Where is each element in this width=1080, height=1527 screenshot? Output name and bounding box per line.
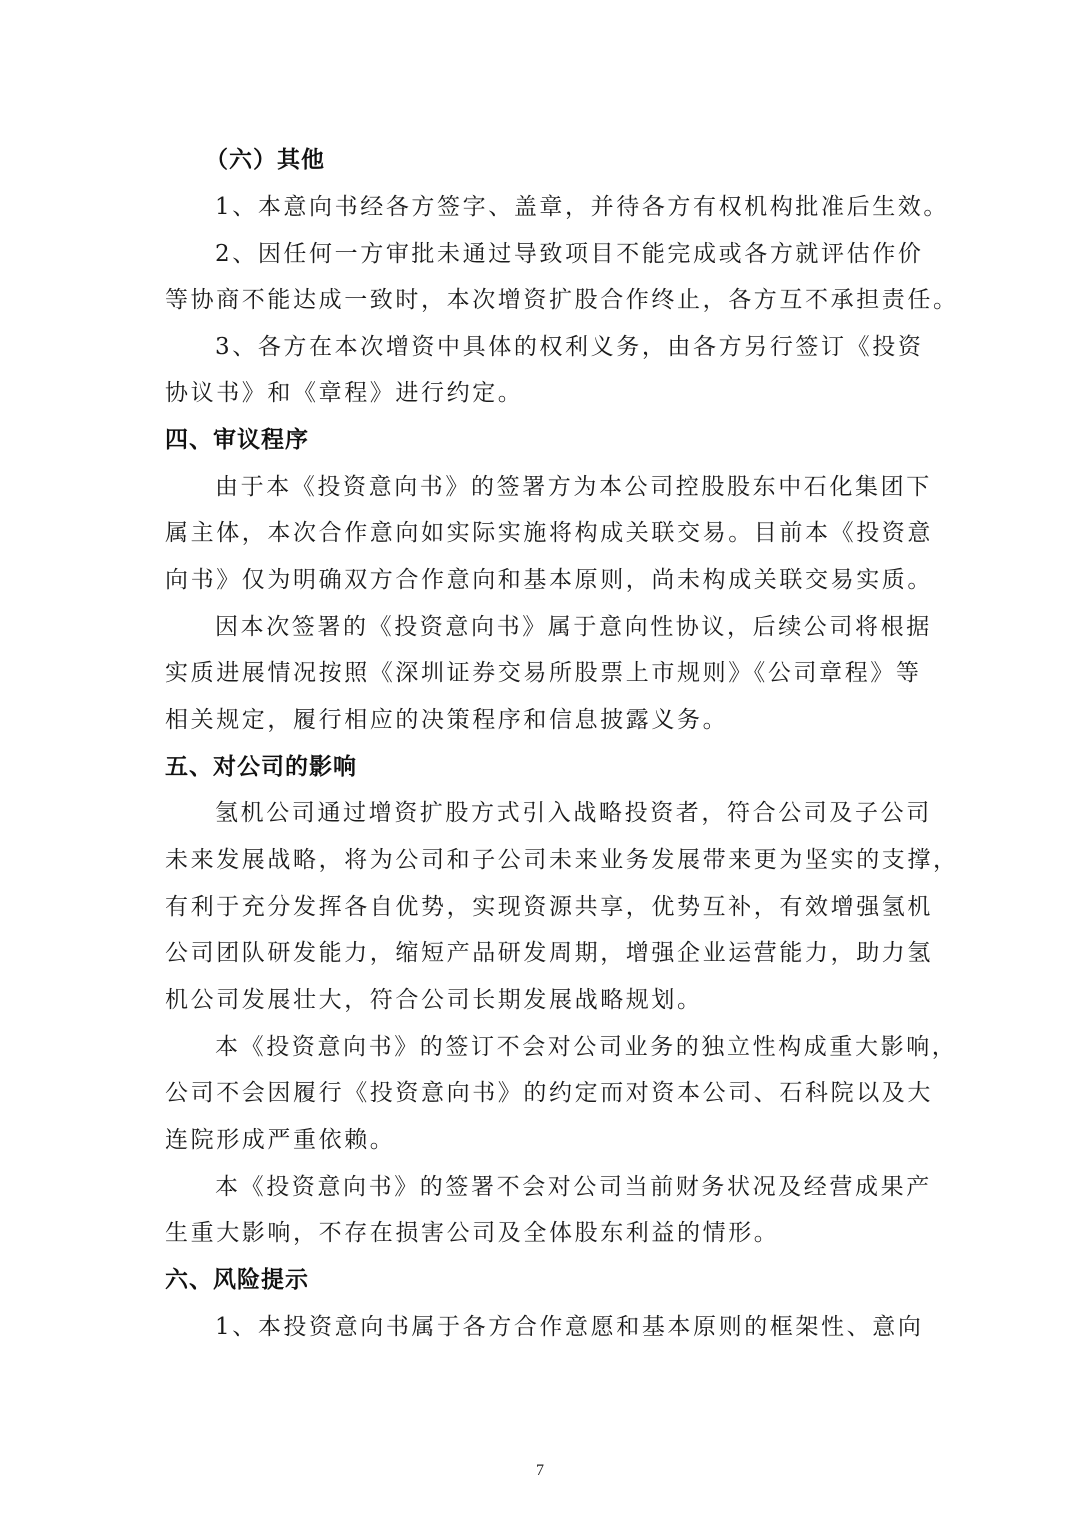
- paragraph-line: 等协商不能达成一致时，本次增资扩股合作终止，各方互不承担责任。: [165, 285, 925, 315]
- paragraph-line: 相关规定，履行相应的决策程序和信息披露义务。: [165, 705, 925, 735]
- paragraph-line: 有利于充分发挥各自优势，实现资源共享，优势互补，有效增强氢机: [165, 892, 925, 922]
- paragraph-line: 属主体，本次合作意向如实际实施将构成关联交易。目前本《投资意: [165, 518, 925, 548]
- paragraph-line: 1、本意向书经各方签字、盖章，并待各方有权机构批准后生效。: [215, 192, 925, 222]
- paragraph-line: 机公司发展壮大，符合公司长期发展战略规划。: [165, 985, 925, 1015]
- paragraph-line: 公司不会因履行《投资意向书》的约定而对资本公司、石科院以及大: [165, 1078, 925, 1108]
- paragraph-line: 公司团队研发能力，缩短产品研发周期，增强企业运营能力，助力氢: [165, 938, 925, 968]
- paragraph-line: 氢机公司通过增资扩股方式引入战略投资者，符合公司及子公司: [215, 798, 925, 828]
- paragraph-line: 本《投资意向书》的签署不会对公司当前财务状况及经营成果产: [215, 1172, 925, 1202]
- section-heading-other: （六）其他: [205, 145, 965, 175]
- paragraph-line: 1、本投资意向书属于各方合作意愿和基本原则的框架性、意向: [215, 1312, 925, 1342]
- section-heading-risk-warning: 六、风险提示: [165, 1265, 925, 1295]
- document-page: （六）其他 1、本意向书经各方签字、盖章，并待各方有权机构批准后生效。 2、因任…: [0, 0, 1080, 1527]
- paragraph-line: 实质进展情况按照《深圳证券交易所股票上市规则》《公司章程》等: [165, 658, 925, 688]
- paragraph-line: 本《投资意向书》的签订不会对公司业务的独立性构成重大影响，: [215, 1032, 925, 1062]
- paragraph-line: 协议书》和《章程》进行约定。: [165, 378, 925, 408]
- section-heading-review-procedure: 四、审议程序: [165, 425, 925, 455]
- paragraph-line: 3、各方在本次增资中具体的权利义务，由各方另行签订《投资: [215, 332, 925, 362]
- paragraph-line: 生重大影响，不存在损害公司及全体股东利益的情形。: [165, 1218, 925, 1248]
- section-heading-company-impact: 五、对公司的影响: [165, 752, 925, 782]
- paragraph-line: 因本次签署的《投资意向书》属于意向性协议，后续公司将根据: [215, 612, 925, 642]
- page-number: 7: [0, 1462, 1080, 1480]
- paragraph-line: 由于本《投资意向书》的签署方为本公司控股股东中石化集团下: [215, 472, 925, 502]
- paragraph-line: 2、因任何一方审批未通过导致项目不能完成或各方就评估作价: [215, 239, 925, 269]
- paragraph-line: 未来发展战略，将为公司和子公司未来业务发展带来更为坚实的支撑，: [165, 845, 925, 875]
- paragraph-line: 向书》仅为明确双方合作意向和基本原则，尚未构成关联交易实质。: [165, 565, 925, 595]
- paragraph-line: 连院形成严重依赖。: [165, 1125, 925, 1155]
